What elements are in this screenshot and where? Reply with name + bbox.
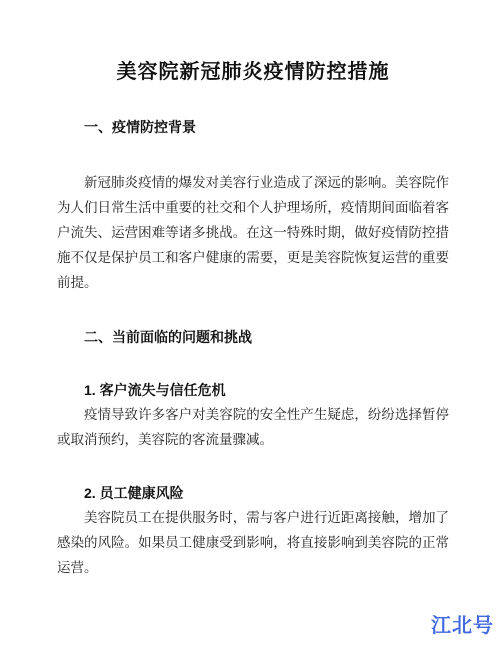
subsection-employee-health-paragraph: 美容院员工在提供服务时，需与客户进行近距离接触，增加了感染的风险。如果员工健康受…: [57, 505, 449, 580]
document-page: 美容院新冠肺炎疫情防控措施 一、疫情防控背景 新冠肺炎疫情的爆发对美容行业造成了…: [0, 0, 500, 647]
section-background-paragraph: 新冠肺炎疫情的爆发对美容行业造成了深远的影响。美容院作为人们日常生活中重要的社交…: [57, 170, 449, 295]
watermark-logo: 江北号: [431, 609, 494, 638]
section-heading-background: 一、疫情防控背景: [57, 117, 449, 137]
section-heading-problems: 二、当前面临的问题和挑战: [57, 327, 449, 347]
subsection-customer-loss-paragraph: 疫情导致许多客户对美容院的安全性产生疑虑，纷纷选择暂停或取消预约，美容院的客流量…: [57, 402, 449, 452]
subsection-heading-employee-health: 2. 员工健康风险: [57, 483, 449, 503]
subsection-heading-customer-loss: 1. 客户流失与信任危机: [57, 380, 449, 400]
document-title: 美容院新冠肺炎疫情防控措施: [57, 58, 449, 86]
